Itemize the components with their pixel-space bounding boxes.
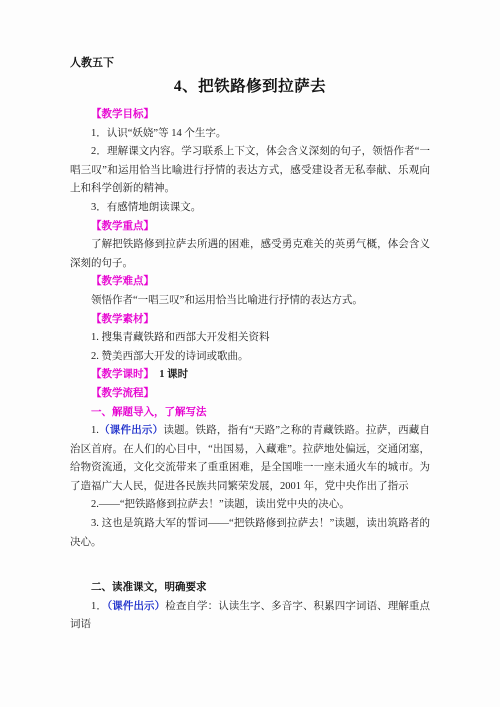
step-1-1: 1.（课件出示）读题。铁路，指有“天路”之称的青藏铁路。拉萨，西藏自治区首府。在… <box>70 422 430 496</box>
label-key-points: 【教学重点】 <box>70 218 430 237</box>
step-2-1: 1．（课件出示）检查自学：认读生字、多音字、积累四字词语、理解重点词语 <box>70 598 430 635</box>
label-difficult-points: 【教学难点】 <box>70 273 430 292</box>
step-1-1-text-1: （课件出示） <box>99 425 164 436</box>
section-2-heading-text-0: 二、读准课文，明确要求 <box>91 582 207 593</box>
step-1-2: 2.——“把铁路修到拉萨去！”读题，读出党中央的决心。 <box>70 496 430 515</box>
step-2-1-text-1: （课件出示） <box>107 601 165 612</box>
difficult-points-text: 领悟作者“一唱三叹”和运用恰当比喻进行抒情的表达方式。 <box>70 292 430 311</box>
key-points-text-text-0: 了解把铁路修到拉萨去所遇的困难，感受勇克难关的英勇气概，体会含义深刻的句子。 <box>70 239 430 269</box>
material-item-2: 2. 赞美西部大开发的诗词或歌曲。 <box>70 348 430 367</box>
step-2-1-text-0: 1． <box>91 601 107 612</box>
key-points-text: 了解把铁路修到拉萨去所遇的困难，感受勇克难关的英勇气概，体会含义深刻的句子。 <box>70 236 430 273</box>
edition-label: 人教五下 <box>70 56 430 71</box>
label-class-hours-text-1: 1 课时 <box>149 369 188 380</box>
goal-item-2-text-0: 2．理解课文内容。学习联系上下文，体会含义深刻的句子，领悟作者“一唱三叹”和运用… <box>70 146 430 194</box>
step-1-1-text-0: 1. <box>91 425 99 436</box>
step-1-3-text-0: 3. 这也是筑路大军的誓词——“把铁路修到拉萨去！”读题，读出筑路者的决心。 <box>70 518 430 548</box>
label-materials: 【教学素材】 <box>70 311 430 330</box>
page-title: 4、把铁路修到拉萨去 <box>70 76 430 97</box>
section-2-heading: 二、读准课文，明确要求 <box>70 579 430 598</box>
goal-item-2: 2．理解课文内容。学习联系上下文，体会含义深刻的句子，领悟作者“一唱三叹”和运用… <box>70 143 430 199</box>
goal-item-1-text-0: 1．认识“妖娆”等 14 个生字。 <box>91 128 226 139</box>
difficult-points-text-text-0: 领悟作者“一唱三叹”和运用恰当比喻进行抒情的表达方式。 <box>91 295 363 306</box>
label-key-points-text-0: 【教学重点】 <box>91 221 154 232</box>
material-item-2-text-0: 2. 赞美西部大开发的诗词或歌曲。 <box>91 351 249 362</box>
goal-item-3: 3．有感情地朗读课文。 <box>70 199 430 218</box>
label-class-hours-text-0: 【教学课时】 <box>91 369 149 380</box>
step-1-2-text-0: 2.——“把铁路修到拉萨去！”读题，读出党中央的决心。 <box>91 499 350 510</box>
label-teaching-goals: 【教学目标】 <box>70 106 430 125</box>
label-teaching-process: 【教学流程】 <box>70 385 430 404</box>
label-materials-text-0: 【教学素材】 <box>91 314 154 325</box>
label-difficult-points-text-0: 【教学难点】 <box>91 276 154 287</box>
step-1-3: 3. 这也是筑路大军的誓词——“把铁路修到拉萨去！”读题，读出筑路者的决心。 <box>70 515 430 552</box>
document-body: 【教学目标】1．认识“妖娆”等 14 个生字。2．理解课文内容。学习联系上下文，… <box>70 106 430 635</box>
goal-item-3-text-0: 3．有感情地朗读课文。 <box>91 202 201 213</box>
label-teaching-goals-text-0: 【教学目标】 <box>91 109 154 120</box>
section-1-heading-text-0: 一、解题导入，了解写法 <box>91 407 207 418</box>
lesson-plan-page: 人教五下 4、把铁路修到拉萨去 【教学目标】1．认识“妖娆”等 14 个生字。2… <box>0 0 500 707</box>
section-1-heading: 一、解题导入，了解写法 <box>70 404 430 423</box>
label-class-hours: 【教学课时】 1 课时 <box>70 366 430 385</box>
label-teaching-process-text-0: 【教学流程】 <box>91 388 154 399</box>
material-item-1: 1. 搜集青藏铁路和西部大开发相关资料 <box>70 329 430 348</box>
goal-item-1: 1．认识“妖娆”等 14 个生字。 <box>70 125 430 144</box>
material-item-1-text-0: 1. 搜集青藏铁路和西部大开发相关资料 <box>91 332 270 343</box>
